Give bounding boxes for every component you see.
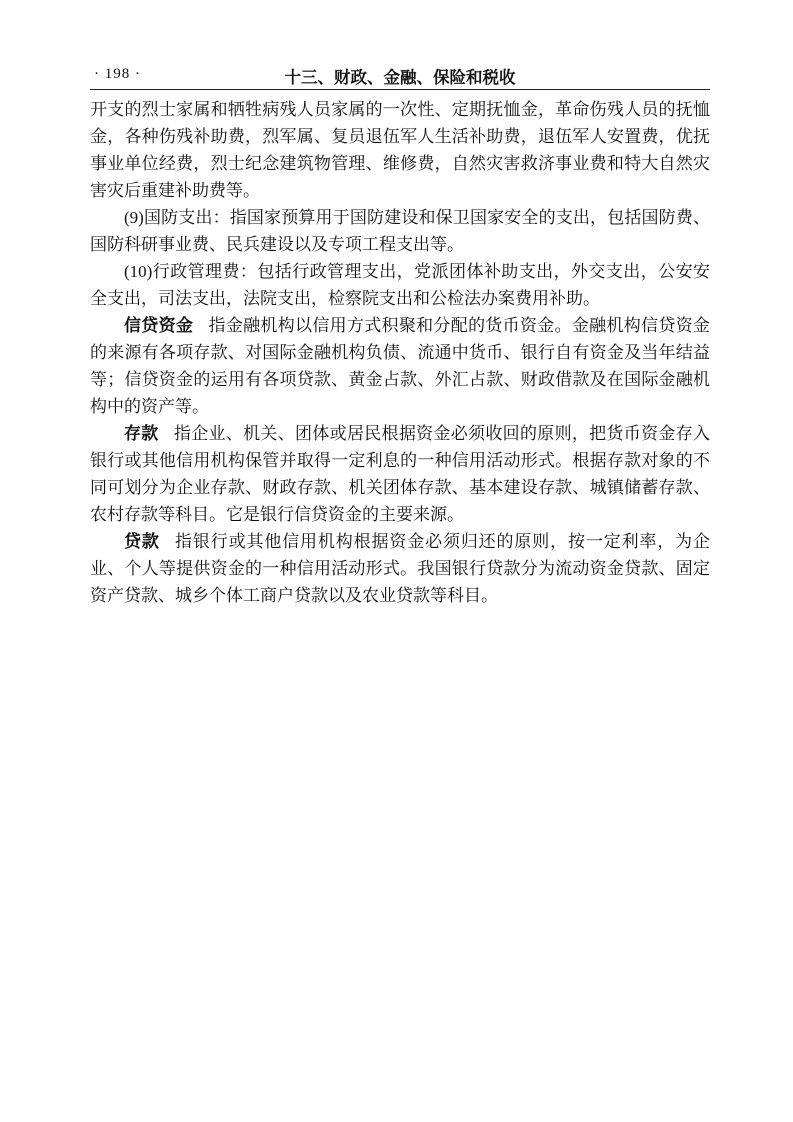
paragraph-text: (9)国防支出：指国家预算用于国防建设和保卫国家安全的支出，包括国防费、国防科研… [90,208,710,254]
definition-paragraph: 信贷资金指金融机构以信用方式积聚和分配的货币资金。金融机构信贷资金的来源有各项存… [90,312,710,420]
paragraph-text: 指银行或其他信用机构根据资金必须归还的原则，按一定利率，为企业、个人等提供资金的… [90,532,710,605]
paragraph-text: 指企业、机关、团体或居民根据资金必须收回的原则，把货币资金存入银行或其他信用机构… [90,424,710,524]
header-rule [90,89,710,90]
body-paragraph: (10)行政管理费：包括行政管理支出，党派团体补助支出，外交支出，公安安全支出，… [90,258,710,312]
term-label: 贷款 [124,532,160,551]
page-body: 开支的烈士家属和牺牲病残人员家属的一次性、定期抚恤金，革命伤残人员的抚恤金，各种… [90,96,710,609]
definition-paragraph: 存款指企业、机关、团体或居民根据资金必须收回的原则，把货币资金存入银行或其他信用… [90,420,710,528]
document-page: · 198 · 十三、财政、金融、保险和税收 开支的烈士家属和牺牲病残人员家属的… [0,0,793,1122]
term-label: 信贷资金 [124,316,193,335]
term-label: 存款 [124,424,159,443]
body-paragraph: (9)国防支出：指国家预算用于国防建设和保卫国家安全的支出，包括国防费、国防科研… [90,204,710,258]
paragraph-text: (10)行政管理费：包括行政管理支出，党派团体补助支出，外交支出，公安安全支出，… [90,262,710,308]
definition-paragraph: 贷款指银行或其他信用机构根据资金必须归还的原则，按一定利率，为企业、个人等提供资… [90,528,710,609]
body-paragraph: 开支的烈士家属和牺牲病残人员家属的一次性、定期抚恤金，革命伤残人员的抚恤金，各种… [90,96,710,204]
running-head-title: 十三、财政、金融、保险和税收 [90,64,710,88]
paragraph-text: 开支的烈士家属和牺牲病残人员家属的一次性、定期抚恤金，革命伤残人员的抚恤金，各种… [90,100,710,200]
page-header: · 198 · 十三、财政、金融、保险和税收 [90,64,710,88]
